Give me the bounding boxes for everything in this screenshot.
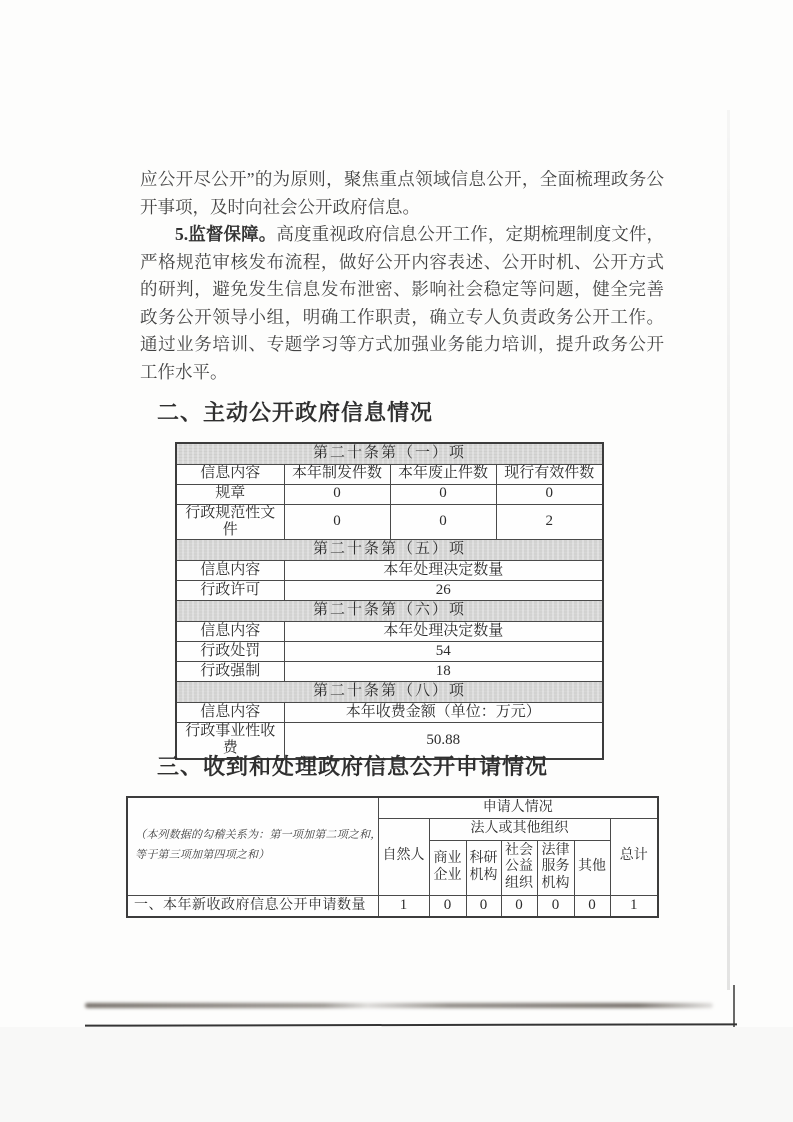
scanner-background (0, 1027, 793, 1122)
table-header-row: 信息内容 本年处理决定数量 (176, 561, 603, 581)
page-right-edge-shadow (727, 110, 730, 990)
label-cell: 规章 (176, 484, 284, 504)
header-cell: 科研机构 (466, 840, 501, 895)
text-run: 高度重视政府信息公开工作，定期梳理制度文件， (276, 224, 664, 244)
value-cell: 0 (574, 895, 610, 917)
value-cell: 0 (284, 504, 390, 540)
value-cell: 0 (466, 895, 501, 917)
text-line: 工作水平。 (140, 359, 664, 387)
label-cell: 行政许可 (176, 581, 284, 601)
table-section-row: 第二十条第（一）项 (176, 443, 603, 464)
value-cell: 54 (284, 642, 603, 662)
text-line: 通过业务培训、专题学习等方式加强业务能力培训，提升政务公开 (140, 331, 664, 359)
header-cell: 信息内容 (176, 703, 284, 723)
header-cell: 法律服务机构 (537, 840, 574, 895)
value-cell: 1 (378, 895, 429, 917)
note-line: （本列数据的勾稽关系为：第一项加第二项之和， (135, 826, 375, 846)
text-line: 的研判，避免发生信息发布泄密、影响社会稳定等问题，健全完善 (140, 276, 664, 304)
value-cell: 26 (284, 581, 603, 601)
section-heading-requests: 三、收到和处理政府信息公开申请情况 (157, 750, 548, 781)
table-section-row: 第二十条第（六）项 (176, 601, 603, 622)
table-row: 行政规范性文件 0 0 2 (176, 504, 603, 540)
header-cell: 信息内容 (176, 622, 284, 642)
table-row: 行政处罚 54 (176, 642, 603, 662)
header-cell-total: 总计 (610, 818, 658, 895)
note-line: 等于第三项加第四项之和） (135, 846, 375, 866)
text-line: 严格规范审核发布流程，做好公开内容表述、公开时机、公开方式 (140, 249, 664, 277)
table-header-row: 信息内容 本年处理决定数量 (176, 622, 603, 642)
header-cell-legal-org: 法人或其他组织 (429, 818, 610, 840)
row-label-cell: 一、本年新收政府信息公开申请数量 (127, 895, 378, 917)
table-section-row: 第二十条第（五）项 (176, 540, 603, 561)
item-number-label: 5.监督保障。 (175, 224, 276, 244)
header-cell: 现行有效件数 (496, 464, 603, 484)
value-cell: 1 (610, 895, 658, 917)
page-right-edge-dark (733, 985, 735, 1027)
text-line: 应公开尽公开”的为原则，聚焦重点领域信息公开，全面梳理政务公 (140, 166, 664, 194)
text-line: 5.监督保障。高度重视政府信息公开工作，定期梳理制度文件， (140, 221, 664, 249)
table-section-row: 第二十条第（八）项 (176, 682, 603, 703)
header-cell: 信息内容 (176, 464, 284, 484)
table-header-row: 信息内容 本年收费金额（单位：万元） (176, 703, 603, 723)
page-bottom-shadow (85, 1003, 713, 1008)
section-header-cell: 第二十条第（八）项 (176, 682, 603, 703)
active-disclosure-table: 第二十条第（一）项 信息内容 本年制发件数 本年废止件数 现行有效件数 规章 0… (175, 442, 604, 760)
table-row: 行政许可 26 (176, 581, 603, 601)
label-cell: 行政规范性文件 (176, 504, 284, 540)
table-header-row: （本列数据的勾稽关系为：第一项加第二项之和， 等于第三项加第四项之和） 申请人情… (127, 797, 658, 818)
header-cell: 商业企业 (429, 840, 466, 895)
table-row: 行政强制 18 (176, 662, 603, 682)
header-cell: 本年收费金额（单位：万元） (284, 703, 603, 723)
header-cell: 社会公益组织 (501, 840, 537, 895)
value-cell: 0 (496, 484, 603, 504)
header-cell: 本年处理决定数量 (284, 622, 603, 642)
header-cell-applicant: 申请人情况 (378, 797, 658, 818)
label-cell: 行政处罚 (176, 642, 284, 662)
table-header-row: 信息内容 本年制发件数 本年废止件数 现行有效件数 (176, 464, 603, 484)
scanned-report-page: { "content": { "para1_lines": [ "应公开尽公开”… (0, 0, 793, 1122)
value-cell: 0 (429, 895, 466, 917)
paragraph-supervision: 5.监督保障。高度重视政府信息公开工作，定期梳理制度文件， 严格规范审核发布流程… (140, 221, 664, 386)
table-row: 一、本年新收政府信息公开申请数量 1 0 0 0 0 0 1 (127, 895, 658, 917)
value-cell: 0 (501, 895, 537, 917)
header-cell: 本年处理决定数量 (284, 561, 603, 581)
value-cell: 0 (390, 504, 496, 540)
section-header-cell: 第二十条第（五）项 (176, 540, 603, 561)
reconciliation-note-cell: （本列数据的勾稽关系为：第一项加第二项之和， 等于第三项加第四项之和） (127, 797, 378, 895)
header-cell: 本年制发件数 (284, 464, 390, 484)
value-cell: 0 (284, 484, 390, 504)
header-cell-natural-person: 自然人 (378, 818, 429, 895)
header-cell: 其他 (574, 840, 610, 895)
text-line: 开事项，及时向社会公开政府信息。 (140, 194, 664, 222)
requests-table: （本列数据的勾稽关系为：第一项加第二项之和， 等于第三项加第四项之和） 申请人情… (126, 796, 659, 918)
section-heading-active-disclosure: 二、主动公开政府信息情况 (157, 396, 433, 427)
value-cell: 0 (537, 895, 574, 917)
value-cell: 18 (284, 662, 603, 682)
header-cell: 信息内容 (176, 561, 284, 581)
value-cell: 0 (390, 484, 496, 504)
label-cell: 行政强制 (176, 662, 284, 682)
table-row: 规章 0 0 0 (176, 484, 603, 504)
section-header-cell: 第二十条第（六）项 (176, 601, 603, 622)
section-header-cell: 第二十条第（一）项 (176, 443, 603, 464)
paragraph-continuation: 应公开尽公开”的为原则，聚焦重点领域信息公开，全面梳理政务公 开事项，及时向社会… (140, 166, 664, 221)
header-cell: 本年废止件数 (390, 464, 496, 484)
text-line: 政务公开领导小组，明确工作职责，确立专人负责政务公开工作。 (140, 304, 664, 332)
value-cell: 2 (496, 504, 603, 540)
